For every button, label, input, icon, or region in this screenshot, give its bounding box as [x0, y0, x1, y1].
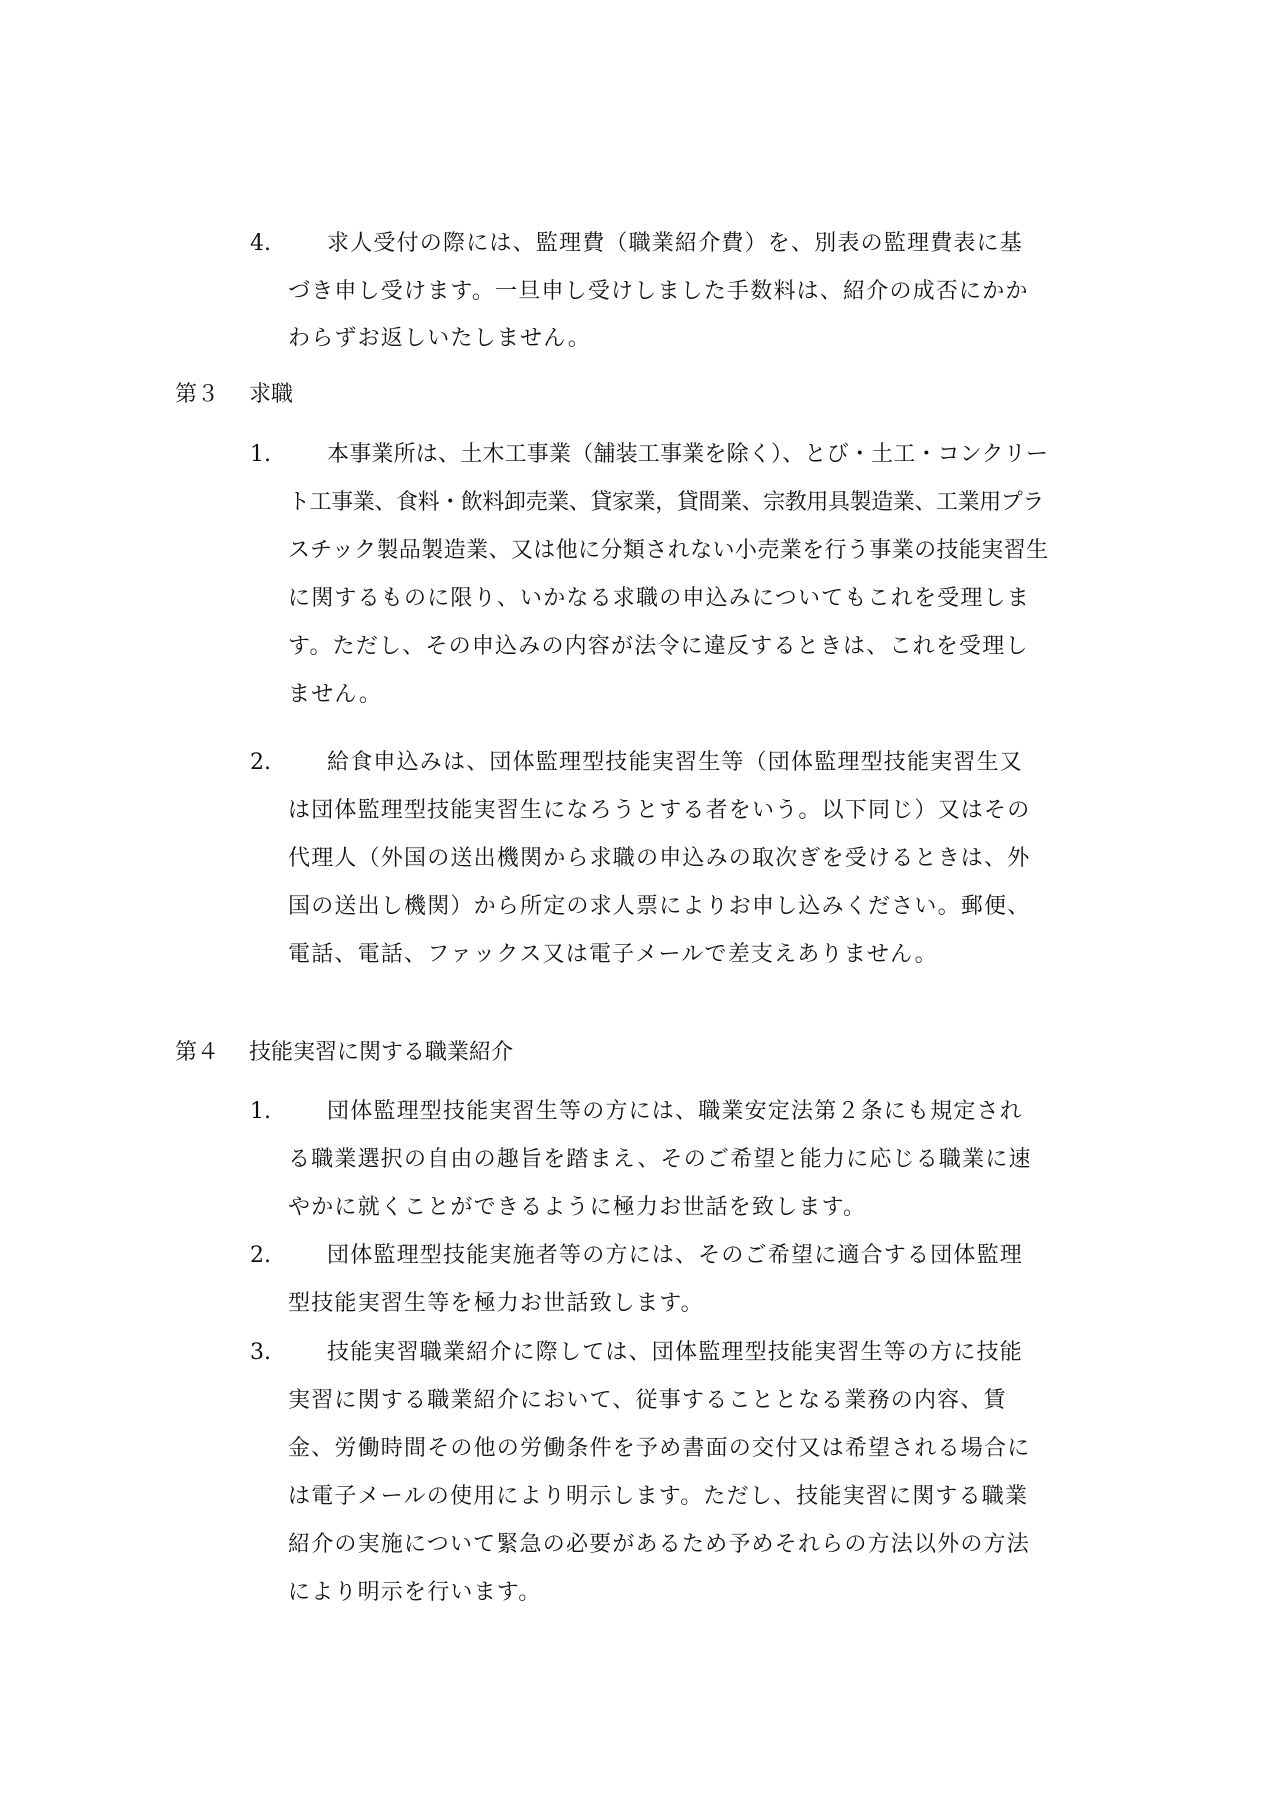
- item-number: 3.: [250, 1338, 271, 1368]
- item-text-line: ト工事業、食料・飲料卸売業、貸家業，貸間業、宗教用具製造業、工業用プラ: [288, 488, 1044, 518]
- item-text-line: は電子メールの使用により明示します。ただし、技能実習に関する職業: [288, 1482, 1028, 1512]
- item-number: 1.: [250, 1097, 271, 1127]
- item-text-line: る職業選択の自由の趣旨を踏まえ、そのご希望と能力に応じる職業に速: [288, 1145, 1032, 1175]
- item-text-line: づき申し受けます。一旦申し受けしました手数料は、紹介の成否にかか: [288, 277, 1029, 307]
- item-text-line: 国の送出し機関）から所定の求人票によりお申し込みください。郵便、: [288, 892, 1030, 922]
- item-text-line: す。ただし、その申込みの内容が法令に違反するときは、これを受理し: [288, 632, 1029, 662]
- item-text-line: 金、労働時間その他の労働条件を予め書面の交付又は希望される場合に: [288, 1434, 1030, 1464]
- item-text-line: ません。: [288, 680, 382, 710]
- item-text-line: は団体監理型技能実習生になろうとする者をいう。以下同じ）又はその: [288, 796, 1030, 826]
- item-number: 1.: [250, 440, 271, 470]
- item-text-line: 団体監理型技能実習生等の方には、職業安定法第２条にも規定され: [327, 1097, 1023, 1127]
- item-text-line: 型技能実習生等を極力お世話致します。: [288, 1289, 704, 1319]
- item-text-line: 求人受付の際には、監理費（職業紹介費）を、別表の監理費表に基: [327, 229, 1023, 259]
- item-number: 2.: [250, 1241, 271, 1271]
- item-text-line: 実習に関する職業紹介において、従事することとなる業務の内容、賃: [288, 1386, 1007, 1416]
- item-text-line: により明示を行います。: [288, 1578, 541, 1608]
- item-text-line: スチック製品製造業、又は他に分類されない小売業を行う事業の技能実習生: [288, 536, 1049, 566]
- section-heading-placement: 第４技能実習に関する職業紹介: [175, 1038, 513, 1068]
- item-text-line: 団体監理型技能実施者等の方には、そのご希望に適合する団体監理: [327, 1241, 1023, 1271]
- section-title: 技能実習に関する職業紹介: [249, 1040, 513, 1065]
- item-text-line: 紹介の実施について緊急の必要があるため予めそれらの方法以外の方法: [288, 1530, 1030, 1560]
- item-text-line: 技能実習職業紹介に際しては、団体監理型技能実習生等の方に技能: [327, 1338, 1023, 1368]
- item-text-line: 電話、電話、ファックス又は電子メールで差支えありません。: [288, 940, 938, 970]
- item-text-line: やかに就くことができるように極力お世話を致します。: [288, 1193, 866, 1223]
- item-number: 4.: [250, 229, 271, 259]
- section-label: 第４: [175, 1038, 249, 1068]
- item-text-line: 給食申込みは、団体監理型技能実習生等（団体監理型技能実習生又: [327, 748, 1023, 778]
- item-text-line: 本事業所は、土木工事業（舗装工事業を除く）、とび・土工・コンクリー: [327, 440, 1048, 470]
- section-label: 第３: [175, 380, 249, 410]
- section-title: 求職: [249, 382, 293, 407]
- item-text-line: に関するものに限り、いかなる求職の申込みについてもこれを受理しま: [288, 584, 1030, 614]
- item-text-line: わらずお返しいたしません。: [288, 324, 591, 354]
- item-number: 2.: [250, 748, 271, 778]
- section-heading-job-seeking: 第３求職: [175, 380, 293, 410]
- item-text-line: 代理人（外国の送出機関から求職の申込みの取次ぎを受けるときは、外: [288, 844, 1030, 874]
